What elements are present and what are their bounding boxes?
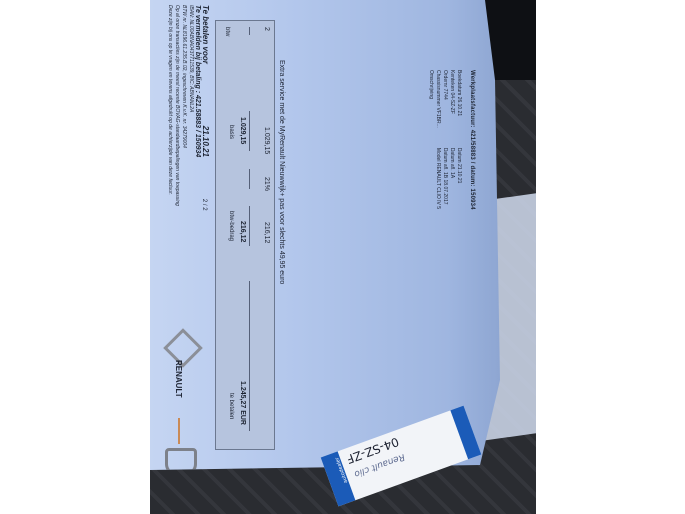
total-base: 1.029,15 <box>239 117 246 144</box>
divider <box>249 206 250 246</box>
due-label: Te betalen voor <box>201 5 210 64</box>
photo: Werkplaatsfactuur: 421/58883 / datum: 15… <box>150 0 536 514</box>
renault-wordmark: RENAULT <box>174 360 183 398</box>
btw-label: btw <box>224 27 230 36</box>
vat-code: 2 <box>263 27 270 31</box>
due-date: 21.10.21 <box>201 126 210 157</box>
page-number: 2 / 2 <box>201 199 207 211</box>
vat-table: 2 1.029,15 21% 216,12 btw 1.029,15 basis… <box>215 20 275 450</box>
divider <box>249 169 250 189</box>
grand-total: 1.245,27 EUR <box>239 381 246 425</box>
info-row: Datum afl. 1B 18.07.2017 <box>441 148 448 209</box>
vat-amount: 216,12 <box>263 222 270 243</box>
total-vat: 216,12 <box>239 221 246 242</box>
divider <box>249 281 250 431</box>
info-row: Chassisnummer VF1BR... <box>434 70 441 128</box>
invoice-header: Werkplaatsfactuur: 421/58883 / datum: 15… <box>469 70 475 210</box>
payment-block: Te betalen voor 21.10.21 2 / 2 Te vermel… <box>166 5 210 211</box>
logo-divider <box>178 418 180 444</box>
iban: IBAN: NL00ABNA0437711539, BIC: ABNANL2A <box>187 5 194 211</box>
btw-bedrag-label: btw-bedrag <box>228 211 234 241</box>
info-row: Datum afl. 1A <box>448 148 455 209</box>
info-row: Datum 21.10.21 <box>455 148 462 209</box>
renault-logo: RENAULT <box>165 330 195 400</box>
info-row: Ordernr 7744 <box>441 70 448 128</box>
te-betalen-label: te betalen <box>228 393 234 419</box>
invoice-sheet: Werkplaatsfactuur: 421/58883 / datum: 15… <box>150 0 500 470</box>
info-row: Model RENAULT CLIO IV 5 <box>434 148 441 209</box>
basis-label: basis <box>228 125 234 139</box>
info-row: Boekdatum 26.10.21 <box>455 70 462 128</box>
invoice-info: Boekdatum 26.10.21 Kenteken 04-SZ-ZF Ord… <box>427 70 462 209</box>
extra-service-text: Extra service met de MyRenault Nieuwwijk… <box>278 60 285 284</box>
info-row: Kenteken 04-SZ-ZF <box>448 70 455 128</box>
divider <box>249 27 250 35</box>
divider <box>249 111 250 151</box>
payment-reference: Te vermelden bij betaling : 421.58883 / … <box>194 5 201 211</box>
terms-2: Deze zijn bij ons op te vragen en tevens… <box>166 5 173 211</box>
vat-rate: 21% <box>263 177 270 191</box>
vat-base: 1.029,15 <box>263 127 270 154</box>
terms: Op al onze transacties zijn de meest rec… <box>173 5 180 211</box>
btw-number: BTW nr. NL8196.61.235.B.02, ingeschreven… <box>180 5 187 211</box>
info-row: Omschrijving <box>427 70 434 128</box>
